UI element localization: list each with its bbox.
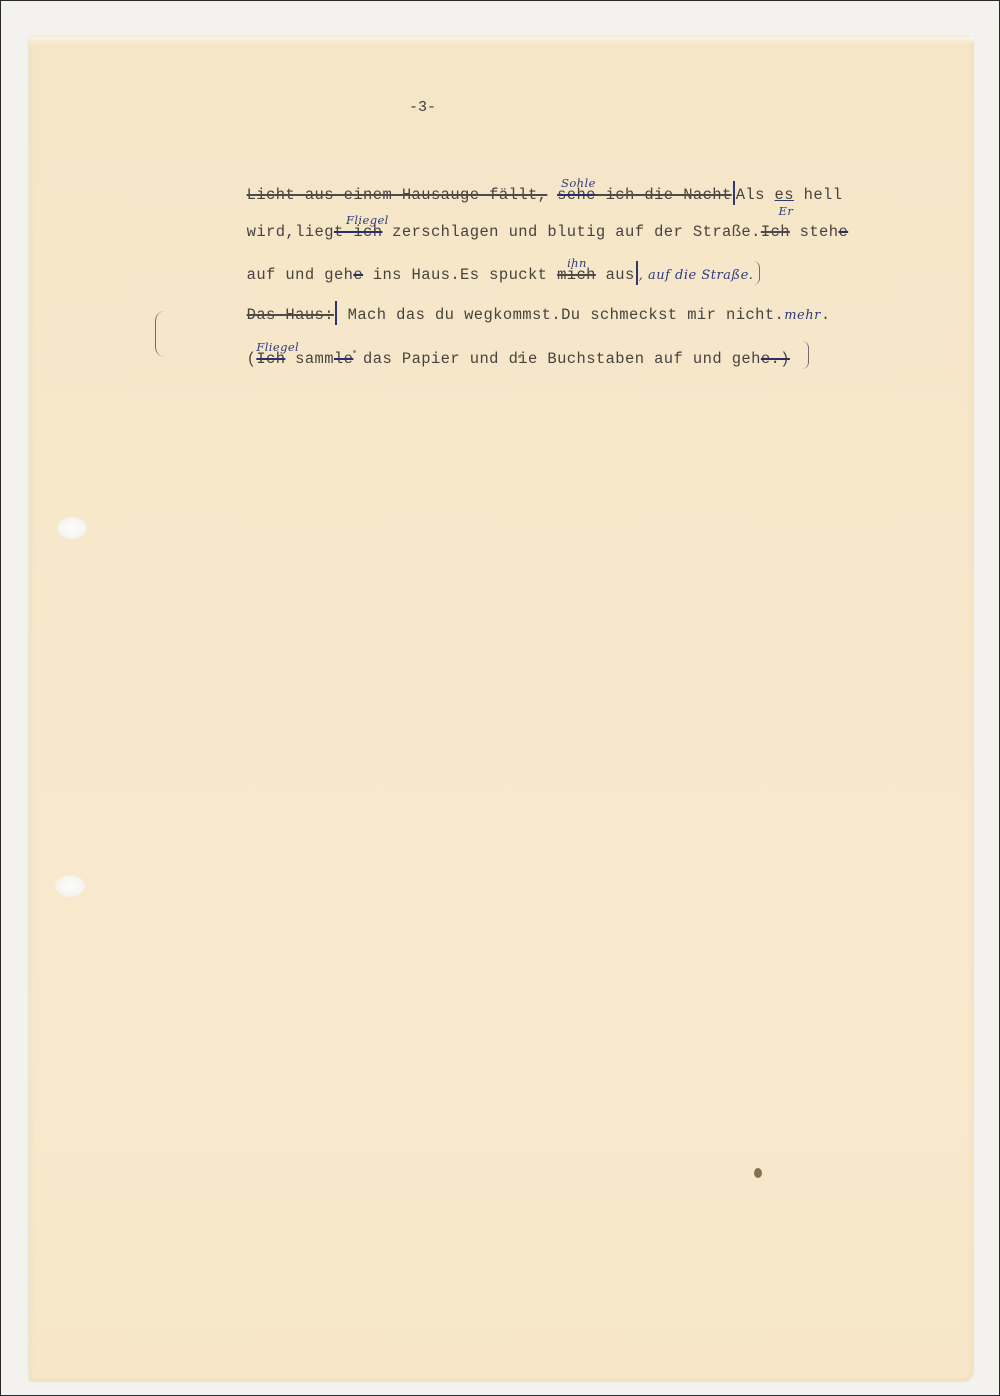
punch-hole xyxy=(57,517,87,539)
handwritten-correction: Fliegel xyxy=(256,336,299,358)
text-line-1: Licht aus einem Hausauge fällt, Sohleseh… xyxy=(169,159,929,199)
bracket-mark xyxy=(155,311,166,357)
corrected-word: FliegelIch xyxy=(256,350,285,368)
page-number: -3- xyxy=(409,99,436,116)
handwritten-correction: ihn xyxy=(567,252,587,274)
handwritten-correction: Sohle xyxy=(561,172,596,194)
handwritten-correction: Fliegel xyxy=(346,209,389,231)
typed-text: das Papier und die Buchstaben auf und ge… xyxy=(353,350,760,368)
text-line-2: wird,liegFliegelt ich zerschlagen und bl… xyxy=(169,199,929,239)
typed-text-block: Licht aus einem Hausauge fällt, Sohleseh… xyxy=(169,159,929,359)
typewritten-page: -3- Licht aus einem Hausauge fällt, Sohl… xyxy=(29,37,973,1381)
text-line-4: Das Haus: Mach das du wegkommst.Du schme… xyxy=(169,279,929,319)
image-frame: -3- Licht aus einem Hausauge fällt, Sohl… xyxy=(0,0,1000,1396)
ink-struck-text: le xyxy=(334,350,353,368)
bracket-mark xyxy=(802,341,809,369)
text-line-3: auf und gehe ins Haus.Es spuckt ihnmich … xyxy=(169,239,929,279)
punch-hole xyxy=(55,875,85,897)
paper-stain xyxy=(754,1168,762,1178)
typed-text: ( xyxy=(247,350,257,368)
text-line-5: (FliegelIch sammle das Papier und die Bu… xyxy=(169,319,929,359)
ink-struck-text: e.) xyxy=(761,350,790,368)
